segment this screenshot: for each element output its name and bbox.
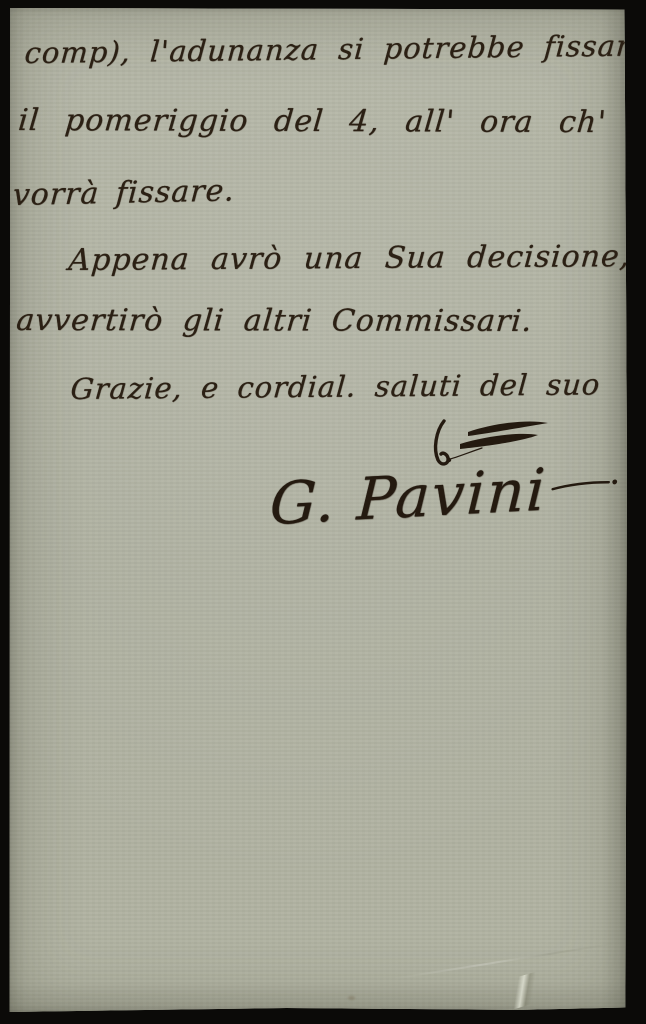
- letter-line-2: il pomeriggio del 4, all' ora ch' Ella: [17, 103, 646, 141]
- paper-speck: [348, 996, 355, 1000]
- paper-fold-line: [391, 942, 618, 980]
- letter-line-1: comp), l'adunanza si potrebbe fissare pe…: [23, 27, 646, 70]
- letter-line-6: Grazie, e cordial. saluti del suo: [69, 367, 601, 406]
- paper-crease: [497, 970, 549, 1012]
- letter-line-3: vorrà fissare.: [12, 173, 236, 214]
- letter-line-5: avvertirò gli altri Commissari.: [15, 303, 534, 340]
- signature-tail-icon: [550, 472, 621, 504]
- signature: G. Pavini: [268, 451, 622, 538]
- letter-page: comp), l'adunanza si potrebbe fissare pe…: [8, 8, 627, 1012]
- scanned-letter: comp), l'adunanza si potrebbe fissare pe…: [0, 0, 646, 1024]
- letter-line-4: Appena avrò una Sua decisione,: [67, 239, 632, 279]
- signature-text: G. Pavini: [268, 455, 549, 538]
